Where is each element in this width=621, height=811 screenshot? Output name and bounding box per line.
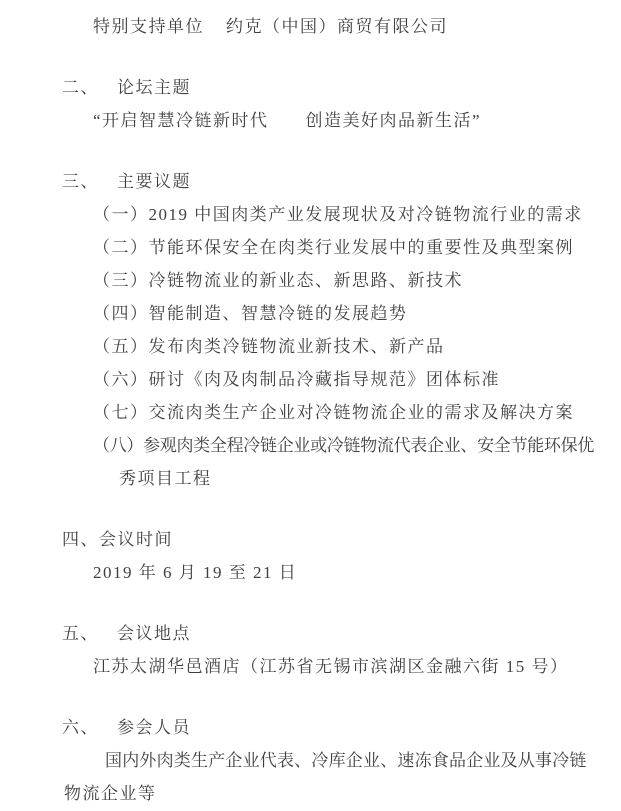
topic-item-1: （一）2019 中国肉类产业发展现状及对冷链物流行业的需求	[93, 198, 605, 231]
section-title-attendees: 参会人员	[117, 718, 191, 737]
section-title-main-topics: 主要议题	[117, 172, 191, 191]
section-number-meeting-venue: 五、	[62, 624, 99, 643]
support-unit-value: 约克（中国）商贸有限公司	[226, 17, 448, 36]
attendees-line-1: 国内外肉类生产企业代表、冷库企业、速冻食品企业及从事冷链	[105, 744, 605, 777]
forum-theme-quote: “开启智慧冷链新时代 创造美好肉品新生活”	[93, 104, 605, 137]
section-number-meeting-time: 四、	[62, 530, 99, 549]
section-heading-meeting-time: 四、会议时间	[62, 523, 605, 556]
section-title-meeting-venue: 会议地点	[117, 624, 191, 643]
section-number-forum-theme: 二、	[62, 78, 99, 97]
topic-item-8-line-2: 秀项目工程	[119, 462, 605, 495]
document-page: 特别支持单位约克（中国）商贸有限公司 二、论坛主题 “开启智慧冷链新时代 创造美…	[0, 0, 621, 811]
support-unit-line: 特别支持单位约克（中国）商贸有限公司	[93, 10, 605, 43]
topic-item-2: （二）节能环保安全在肉类行业发展中的重要性及典型案例	[93, 231, 605, 264]
support-unit-label: 特别支持单位	[93, 17, 204, 36]
topics-list: （一）2019 中国肉类产业发展现状及对冷链物流行业的需求 （二）节能环保安全在…	[62, 198, 605, 495]
section-title-meeting-time: 会议时间	[99, 530, 173, 549]
section-heading-main-topics: 三、主要议题	[62, 165, 605, 198]
topic-item-5: （五）发布肉类冷链物流业新技术、新产品	[93, 330, 605, 363]
section-heading-attendees: 六、参会人员	[62, 711, 605, 744]
meeting-time-value: 2019 年 6 月 19 至 21 日	[93, 556, 605, 589]
attendees-line-2: 物流企业等	[64, 777, 605, 810]
topic-item-3: （三）冷链物流业的新业态、新思路、新技术	[93, 264, 605, 297]
section-number-main-topics: 三、	[62, 172, 99, 191]
topic-item-4: （四）智能制造、智慧冷链的发展趋势	[93, 297, 605, 330]
section-title-forum-theme: 论坛主题	[117, 78, 191, 97]
topic-item-8-line-1: （八）参观肉类全程冷链企业或冷链物流代表企业、安全节能环保优	[93, 429, 605, 462]
section-number-attendees: 六、	[62, 718, 99, 737]
topic-item-6: （六）研讨《肉及肉制品冷藏指导规范》团体标准	[93, 363, 605, 396]
topic-item-7: （七）交流肉类生产企业对冷链物流企业的需求及解决方案	[93, 396, 605, 429]
section-heading-meeting-venue: 五、会议地点	[62, 617, 605, 650]
meeting-venue-value: 江苏太湖华邑酒店（江苏省无锡市滨湖区金融六街 15 号）	[93, 650, 605, 683]
section-heading-forum-theme: 二、论坛主题	[62, 71, 605, 104]
